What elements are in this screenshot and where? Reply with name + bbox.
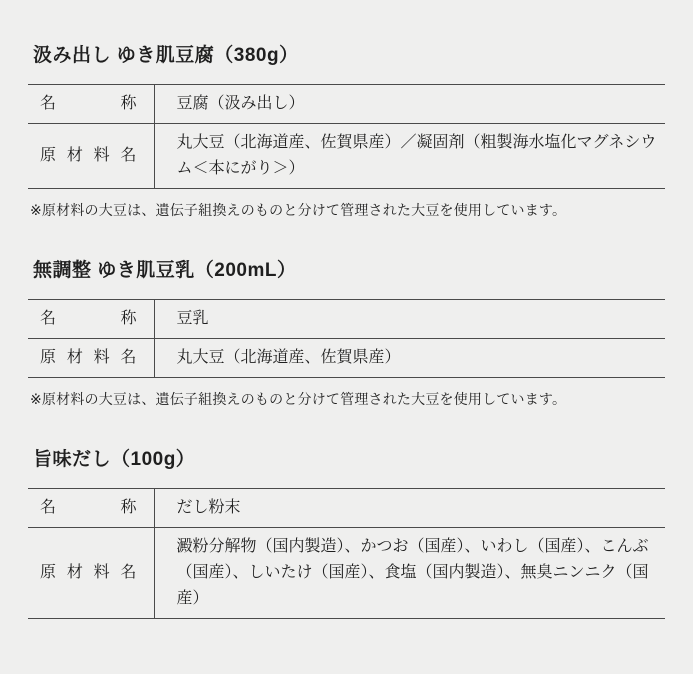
row-value-ingredients: 丸大豆（北海道産、佐賀県産）／凝固剤（粗製海水塩化マグネシウム＜本にがり＞）: [154, 124, 665, 189]
row-label-name: 名 称: [28, 85, 154, 124]
row-label-name: 名 称: [28, 489, 154, 528]
ingredient-table: 名 称 豆乳 原材料名 丸大豆（北海道産、佐賀県産）: [28, 299, 665, 378]
ingredient-table: 名 称 豆腐（汲み出し） 原材料名 丸大豆（北海道産、佐賀県産）／凝固剤（粗製海…: [28, 84, 665, 189]
table-row-name: 名 称 だし粉末: [28, 489, 665, 528]
table-row-ingredients: 原材料名 澱粉分解物（国内製造）、かつお（国産）、いわし（国産）、こんぶ（国産）…: [28, 528, 665, 619]
product-section-dashi: 旨味だし（100g） 名 称 だし粉末 原材料名 澱粉分解物（国内製造）、かつお…: [28, 450, 665, 619]
table-row-name: 名 称 豆腐（汲み出し）: [28, 85, 665, 124]
row-value-name: だし粉末: [154, 489, 665, 528]
row-label-ingredients: 原材料名: [28, 339, 154, 378]
row-value-ingredients: 澱粉分解物（国内製造）、かつお（国産）、いわし（国産）、こんぶ（国産）、しいたけ…: [154, 528, 665, 619]
row-value-ingredients: 丸大豆（北海道産、佐賀県産）: [154, 339, 665, 378]
row-label-ingredients: 原材料名: [28, 528, 154, 619]
row-label-name: 名 称: [28, 300, 154, 339]
product-section-soymilk: 無調整 ゆき肌豆乳（200mL） 名 称 豆乳 原材料名 丸大豆（北海道産、佐賀…: [28, 261, 665, 408]
product-title: 旨味だし（100g）: [33, 450, 665, 470]
row-value-name: 豆乳: [154, 300, 665, 339]
product-title: 無調整 ゆき肌豆乳（200mL）: [33, 261, 665, 281]
ingredient-table: 名 称 だし粉末 原材料名 澱粉分解物（国内製造）、かつお（国産）、いわし（国産…: [28, 488, 665, 619]
row-value-name: 豆腐（汲み出し）: [154, 85, 665, 124]
product-title: 汲み出し ゆき肌豆腐（380g）: [33, 46, 665, 66]
gmo-note: ※原材料の大豆は、遺伝子組換えのものと分けて管理された大豆を使用しています。: [30, 390, 665, 408]
product-section-tofu: 汲み出し ゆき肌豆腐（380g） 名 称 豆腐（汲み出し） 原材料名 丸大豆（北…: [28, 46, 665, 219]
table-row-ingredients: 原材料名 丸大豆（北海道産、佐賀県産）: [28, 339, 665, 378]
table-row-name: 名 称 豆乳: [28, 300, 665, 339]
gmo-note: ※原材料の大豆は、遺伝子組換えのものと分けて管理された大豆を使用しています。: [30, 201, 665, 219]
table-row-ingredients: 原材料名 丸大豆（北海道産、佐賀県産）／凝固剤（粗製海水塩化マグネシウム＜本にが…: [28, 124, 665, 189]
row-label-ingredients: 原材料名: [28, 124, 154, 189]
